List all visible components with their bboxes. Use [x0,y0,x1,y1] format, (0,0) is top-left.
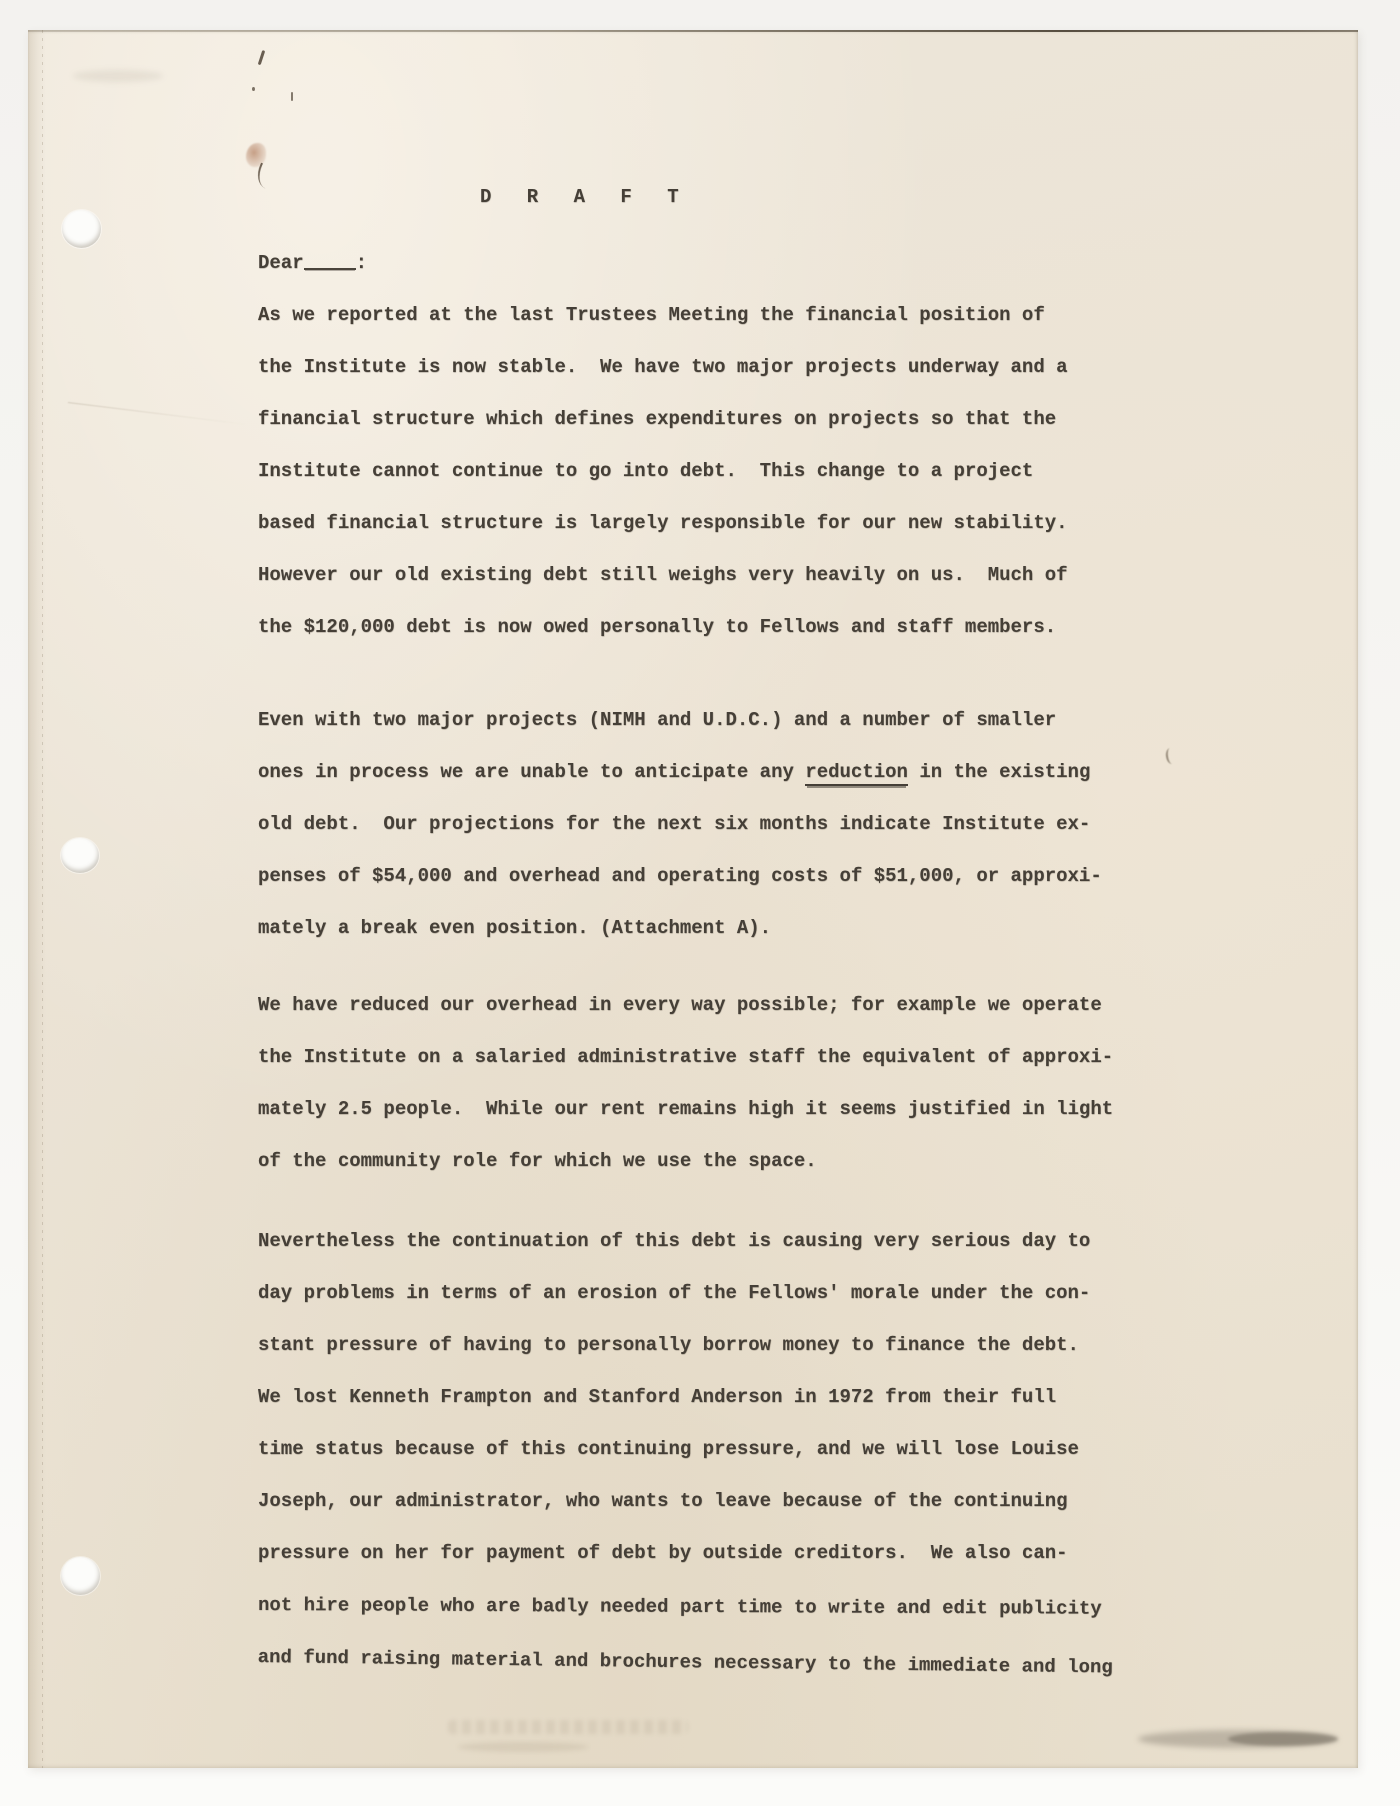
paragraph: Nevertheless the continuation of this de… [258,1215,1138,1683]
pencil-smudge [1228,1732,1338,1746]
salutation-line: Dear: [258,237,1138,289]
paper-crease [68,402,267,427]
text-line: Nevertheless the continuation of this de… [258,1215,1138,1267]
ink-speck [291,92,293,101]
draft-heading: D R A F T [258,171,1138,223]
smudge-mark [73,70,163,82]
punch-hole [61,838,99,873]
text-line: based financial structure is largely res… [258,497,1138,549]
text-line: Joseph, our administrator, who wants to … [258,1475,1138,1527]
ghost-stamp-text [448,1720,688,1734]
margin-pen-mark [1165,747,1177,764]
text-line: We lost Kenneth Frampton and Stanford An… [258,1371,1138,1423]
text-line: the $120,000 debt is now owed personally… [258,601,1138,653]
pen-mark [252,87,255,91]
text-line: We have reduced our overhead in every wa… [258,979,1138,1031]
text-line: However our old existing debt still weig… [258,549,1138,601]
text-line: the Institute is now stable. We have two… [258,341,1138,393]
text-line: Institute cannot continue to go into deb… [258,445,1138,497]
text-line: day problems in terms of an erosion of t… [258,1267,1138,1319]
punch-hole [62,210,101,248]
paragraph: As we reported at the last Trustees Meet… [258,289,1138,653]
letter-paragraphs: As we reported at the last Trustees Meet… [258,289,1138,1683]
paper-sheet: D R A F T Dear: As we reported at the la… [28,30,1358,1768]
text-line: mately a break even position. (Attachmen… [258,902,1138,954]
text-line: financial structure which defines expend… [258,393,1138,445]
salutation-blank-line [304,254,356,270]
paper-left-edge [28,30,46,1768]
pen-mark [258,50,265,65]
text-line: ones in process we are unable to anticip… [258,746,1138,798]
paragraph: We have reduced our overhead in every wa… [258,979,1138,1187]
paper-top-edge [28,30,1358,32]
text-line: and fund raising material and brochures … [257,1631,1138,1694]
text-line: penses of $54,000 and overhead and opera… [258,850,1138,902]
ghost-smudge [458,1742,588,1752]
paragraph: Even with two major projects (NIMH and U… [258,694,1138,954]
text-line: Even with two major projects (NIMH and U… [258,694,1138,746]
text-line: the Institute on a salaried administrati… [258,1031,1138,1083]
text-line: stant pressure of having to personally b… [258,1319,1138,1371]
salutation-colon: : [356,252,367,274]
text-line: time status because of this continuing p… [258,1423,1138,1475]
text-line: old debt. Our projections for the next s… [258,798,1138,850]
punch-hole [61,1557,100,1595]
text-line: not hire people who are badly needed par… [258,1579,1138,1635]
text-line: pressure on her for payment of debt by o… [258,1527,1138,1579]
text-line: As we reported at the last Trustees Meet… [258,289,1138,341]
text-line: mately 2.5 people. While our rent remain… [258,1083,1138,1135]
letter-body: D R A F T Dear: As we reported at the la… [258,171,1138,1683]
binder-fold-line [42,30,43,1768]
text-line: of the community role for which we use t… [258,1135,1138,1187]
salutation-text: Dear [258,252,304,274]
underlined-word: reduction [805,761,908,786]
